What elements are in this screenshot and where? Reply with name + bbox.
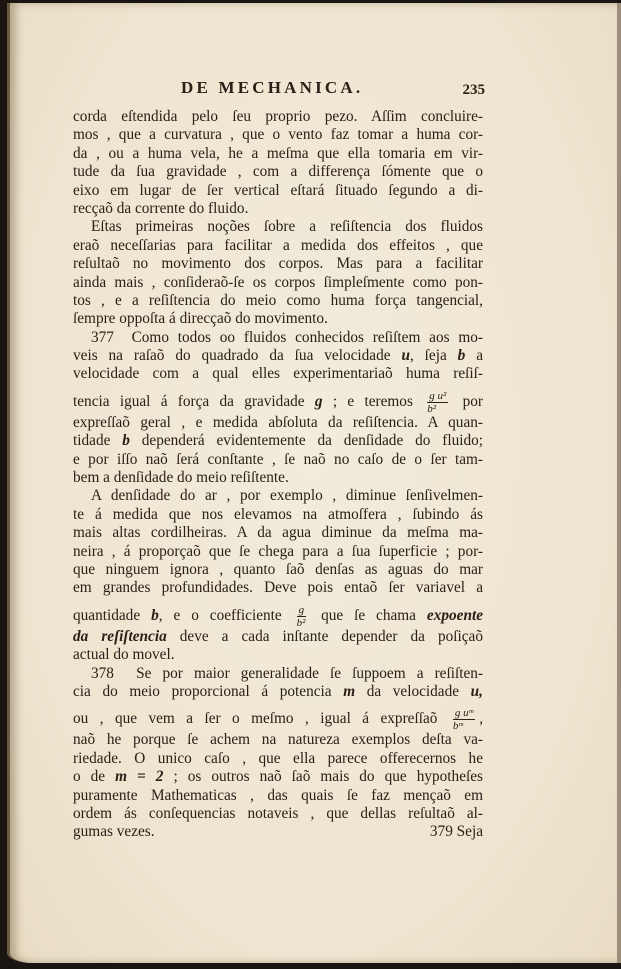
text-line: Eſtas primeiras noções ſobre a reſiſtenc… bbox=[73, 218, 483, 236]
text-line: te á medida que nos elevamos na atmoſfer… bbox=[73, 506, 483, 524]
text-line: bem a denſidade do meio reſiſtente. bbox=[73, 469, 483, 487]
text-line: ſempre oppoſta á direcçaõ do movimento. bbox=[73, 310, 483, 328]
text-line: neira , á proporçaõ que ſe chega para a … bbox=[73, 543, 483, 561]
paragraph-378: 378 Se por maior generalidade ſe ſuppoem… bbox=[73, 665, 483, 842]
text-line: expreſſaõ geral , e medida abſoluta da r… bbox=[73, 414, 483, 432]
paragraph-1: corda eſtendida pelo ſeu proprio pezo. A… bbox=[73, 108, 483, 218]
text-line: mos , que a curvatura , que o vento faz … bbox=[73, 126, 483, 144]
text-line: ordem ás conſequencias notaveis , que de… bbox=[73, 805, 483, 823]
paragraph-2: Eſtas primeiras noções ſobre a reſiſtenc… bbox=[73, 218, 483, 328]
section-number: 377 bbox=[91, 329, 114, 346]
text-line: da , ou a huma vela, he a meſma que ella… bbox=[73, 145, 483, 163]
page-number: 235 bbox=[463, 81, 486, 99]
fraction: g u²b² bbox=[427, 390, 448, 415]
text-line: mais altas cordilheiras. A da agua dimin… bbox=[73, 524, 483, 542]
section-number: 378 bbox=[91, 665, 114, 682]
text-line: 378 Se por maior generalidade ſe ſuppoem… bbox=[73, 665, 483, 683]
fraction: gb² bbox=[297, 604, 307, 629]
running-head: DE MECHANICA. bbox=[181, 79, 363, 97]
text-line: naõ he porque ſe achem na natureza exemp… bbox=[73, 731, 483, 749]
page-text: DE MECHANICA. 235 corda eſtendida pelo ſ… bbox=[73, 75, 483, 842]
text-line: corda eſtendida pelo ſeu proprio pezo. A… bbox=[73, 108, 483, 126]
text-line: em grandes profundidades. Deve pois enta… bbox=[73, 579, 483, 597]
text-line: 377 Como todos oo fluidos conhecidos reſ… bbox=[73, 329, 483, 347]
text-line: velocidade com a qual elles experimentar… bbox=[73, 365, 483, 383]
text-line: tencia igual á força da gravidade g ; e … bbox=[73, 384, 483, 414]
catchword: 379 Seja bbox=[430, 823, 483, 841]
text-line: gumas vezes.379 Seja bbox=[73, 823, 483, 841]
book-page: DE MECHANICA. 235 corda eſtendida pelo ſ… bbox=[7, 3, 621, 963]
text-line: reſultaõ no movimento dos corpos. Mas pa… bbox=[73, 255, 483, 273]
text-line: tidade b dependerá evidentemente da denſ… bbox=[73, 432, 483, 450]
paragraph-4: A denſidade do ar , por exemplo , diminu… bbox=[73, 487, 483, 664]
page-header: DE MECHANICA. 235 bbox=[73, 75, 483, 105]
text-line: ou , que vem a ſer o meſmo , igual á exp… bbox=[73, 701, 483, 731]
text-line: quantidade b, e o coefficiente gb² que ſ… bbox=[73, 598, 483, 628]
text-line: eraõ neceſſarias para facilitar a medida… bbox=[73, 237, 483, 255]
text-line: tos , e a reſiſtencia do meio como huma … bbox=[73, 292, 483, 310]
fraction: g uᵐbᵐ bbox=[453, 707, 475, 732]
text-line: o de m = 2 ; os outros naõ ſaõ mais do q… bbox=[73, 768, 483, 786]
text-line: actual do movel. bbox=[73, 646, 483, 664]
text-line: tude da ſua gravidade , com a differença… bbox=[73, 163, 483, 181]
text-line: A denſidade do ar , por exemplo , diminu… bbox=[73, 487, 483, 505]
text-line: eixo em lugar de ſer vertical eſtará ſit… bbox=[73, 182, 483, 200]
text-line: veis na raſaõ do quadrado da ſua velocid… bbox=[73, 347, 483, 365]
text-line: da reſiſtencia deve a cada inſtante depe… bbox=[73, 628, 483, 646]
text-line: e por iſſo naõ ſerá conſtante , ſe naõ n… bbox=[73, 451, 483, 469]
text-line: ainda mais , conſideraõ-ſe os corpos ſim… bbox=[73, 274, 483, 292]
text-line: riedade. O unico caſo , que ella parece … bbox=[73, 750, 483, 768]
paragraph-377: 377 Como todos oo fluidos conhecidos reſ… bbox=[73, 329, 483, 488]
text-line: que ninguem ignora , quanto ſaõ denſas a… bbox=[73, 561, 483, 579]
text-line: cia do meio proporcional á potencia m da… bbox=[73, 683, 483, 701]
text-line: puramente Mathematicas , das quais ſe fa… bbox=[73, 787, 483, 805]
text-line: recçaõ da corrente do fluido. bbox=[73, 200, 483, 218]
